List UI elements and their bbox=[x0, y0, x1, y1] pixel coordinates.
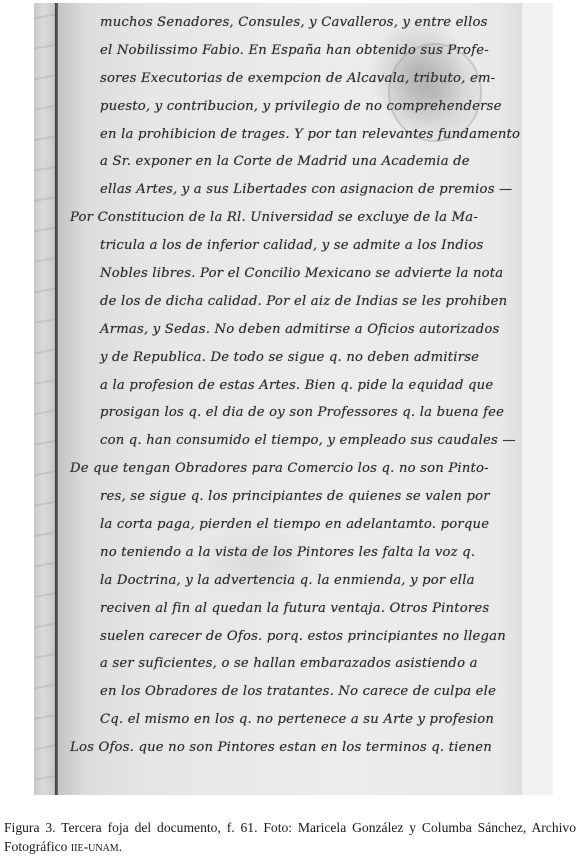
manuscript-line: el Nobilissimo Fabio. En España han obte… bbox=[70, 37, 520, 65]
manuscript-line: en la prohibicion de trages. Y por tan r… bbox=[70, 121, 520, 149]
manuscript-page: muchos Senadores, Consules, y Cavalleros… bbox=[58, 3, 522, 795]
manuscript-line: reciven al fin al quedan la futura venta… bbox=[70, 595, 520, 623]
caption-archive-abbrev: iie-unam bbox=[71, 839, 119, 854]
manuscript-line: suelen carecer de Ofos. porq. estos prin… bbox=[70, 623, 520, 651]
manuscript-line: tricula a los de inferior calidad, y se … bbox=[70, 232, 520, 260]
manuscript-photograph: muchos Senadores, Consules, y Cavalleros… bbox=[34, 3, 553, 795]
manuscript-line: no teniendo a la vista de los Pintores l… bbox=[70, 539, 520, 567]
manuscript-line: res, se sigue q. los principiantes de qu… bbox=[70, 483, 520, 511]
manuscript-line: Nobles libres. Por el Concilio Mexicano … bbox=[70, 260, 520, 288]
manuscript-line: de los de dicha calidad. Por el aiz de I… bbox=[70, 288, 520, 316]
manuscript-line: en los Obradores de los tratantes. No ca… bbox=[70, 678, 520, 706]
manuscript-line: De que tengan Obradores para Comercio lo… bbox=[70, 455, 520, 483]
manuscript-line: prosigan los q. el dia de oy son Profess… bbox=[70, 399, 520, 427]
figure-caption: Figura 3. Tercera foja del documento, f.… bbox=[4, 818, 576, 856]
handwritten-text-block: muchos Senadores, Consules, y Cavalleros… bbox=[70, 9, 520, 762]
manuscript-line: sores Executorias de exempcion de Alcava… bbox=[70, 65, 520, 93]
manuscript-line: Armas, y Sedas. No deben admitirse a Ofi… bbox=[70, 316, 520, 344]
manuscript-line: la Doctrina, y la advertencia q. la enmi… bbox=[70, 567, 520, 595]
manuscript-line: puesto, y contribucion, y privilegio de … bbox=[70, 93, 520, 121]
manuscript-line: ellas Artes, y a sus Libertades con asig… bbox=[70, 176, 520, 204]
manuscript-line: la corta paga, pierden el tiempo en adel… bbox=[70, 511, 520, 539]
manuscript-line: con q. han consumido el tiempo, y emplea… bbox=[70, 427, 520, 455]
caption-period: . bbox=[119, 839, 122, 854]
manuscript-line: a Sr. exponer en la Corte de Madrid una … bbox=[70, 148, 520, 176]
manuscript-line: a la profesion de estas Artes. Bien q. p… bbox=[70, 372, 520, 400]
manuscript-line: muchos Senadores, Consules, y Cavalleros… bbox=[70, 9, 520, 37]
manuscript-line: y de Republica. De todo se sigue q. no d… bbox=[70, 344, 520, 372]
manuscript-line: a ser suficientes, o se hallan embarazad… bbox=[70, 650, 520, 678]
manuscript-line: Cq. el mismo en los q. no pertenece a su… bbox=[70, 706, 520, 734]
manuscript-line: Los Ofos. que no son Pintores estan en l… bbox=[70, 734, 520, 762]
adjacent-page-edge bbox=[34, 3, 56, 795]
manuscript-line: Por Constitucion de la Rl. Universidad s… bbox=[70, 204, 520, 232]
